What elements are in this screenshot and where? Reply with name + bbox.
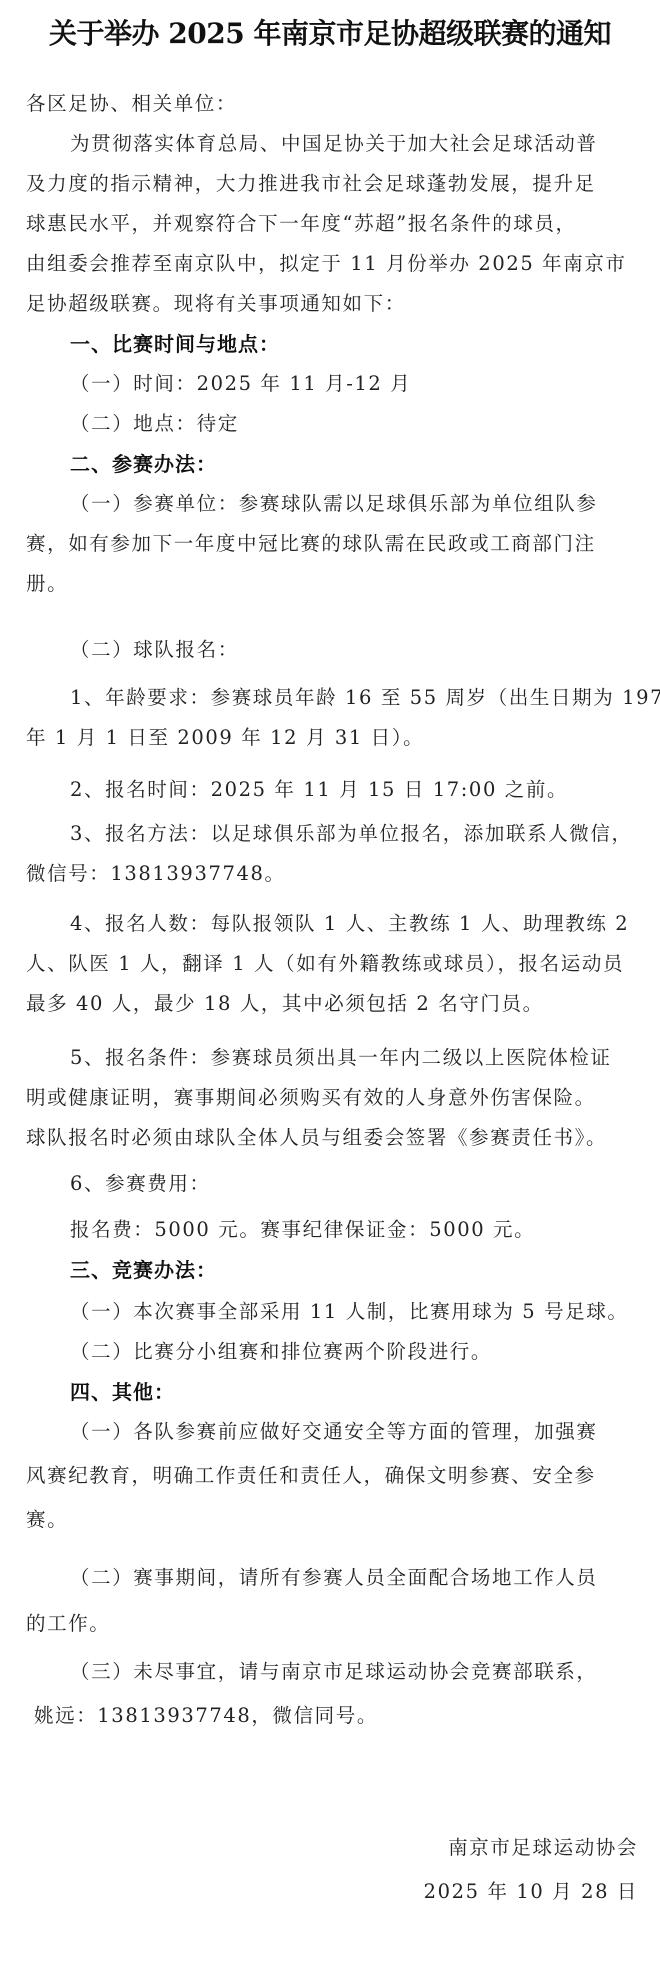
headcount-line-2: 人、队医 1 人，翻译 1 人（如有外籍教练或球员），报名运动员 <box>26 952 624 976</box>
signature-organization: 南京市足球运动协会 <box>448 1836 638 1860</box>
registration-method-line-2: 微信号：13813937748。 <box>26 862 286 886</box>
intro-line-3: 球惠民水平，并观察符合下一年度“苏超”报名条件的球员， <box>26 212 577 236</box>
salutation: 各区足协、相关单位： <box>26 92 237 116</box>
registration-method-line-1: 3、报名方法：以足球俱乐部为单位报名，添加联系人微信， <box>70 822 633 846</box>
headcount-line-3: 最多 40 人，最少 18 人，其中必须包括 2 名守门员。 <box>26 992 544 1016</box>
age-requirement-line-2: 年 1 月 1 日至 2009 年 12 月 31 日）。 <box>26 726 424 750</box>
intro-line-1: 为贯彻落实体育总局、中国足协关于加大社会足球活动普 <box>70 132 598 156</box>
signature-date: 2025 年 10 月 28 日 <box>424 1880 638 1904</box>
participating-unit-line-3: 册。 <box>26 572 68 596</box>
conditions-line-1: 5、报名条件：参赛球员须出具一年内二级以上医院体检证 <box>70 1046 612 1070</box>
section-4-item-3-line-1: （三）未尽事宜，请与南京市足球运动协会竞赛部联系， <box>70 1660 598 1684</box>
section-4-item-3-line-2: 姚远：13813937748，微信同号。 <box>34 1704 378 1728</box>
conditions-line-2: 明或健康证明，赛事期间必须购买有效的人身意外伤害保险。 <box>26 1086 596 1110</box>
section-4-item-2-line-2: 的工作。 <box>26 1612 110 1636</box>
age-requirement-line-1: 1、年龄要求：参赛球员年龄 16 至 55 周岁（出生日期为 1970 <box>70 686 660 710</box>
notice-document: 关于举办 2025 年南京市足协超级联赛的通知 各区足协、相关单位： 为贯彻落实… <box>0 0 660 1980</box>
section-2-heading: 二、参赛办法： <box>70 452 217 476</box>
section-3-item-2: （二）比赛分小组赛和排位赛两个阶段进行。 <box>70 1340 492 1364</box>
section-4-heading: 四、其他： <box>70 1380 175 1404</box>
intro-line-4: 由组委会推荐至南京队中，拟定于 11 月份举办 2025 年南京市 <box>26 252 627 276</box>
section-1-place: （二）地点：待定 <box>70 412 239 436</box>
fees-heading: 6、参赛费用： <box>70 1172 211 1196</box>
section-3-item-1: （一）本次赛事全部采用 11 人制，比赛用球为 5 号足球。 <box>70 1300 629 1324</box>
section-4-item-1-line-1: （一）各队参赛前应做好交通安全等方面的管理，加强赛 <box>70 1420 598 1444</box>
fees-detail: 报名费：5000 元。赛事纪律保证金：5000 元。 <box>70 1218 535 1242</box>
intro-line-5: 足协超级联赛。现将有关事项通知如下： <box>26 292 406 316</box>
participating-unit-line-1: （一）参赛单位：参赛球队需以足球俱乐部为单位组队参 <box>70 492 598 516</box>
section-1-heading: 一、比赛时间与地点： <box>70 332 280 356</box>
section-3-heading: 三、竞赛办法： <box>70 1258 217 1282</box>
participating-unit-line-2: 赛，如有参加下一年度中冠比赛的球队需在民政或工商部门注 <box>26 532 596 556</box>
document-title: 关于举办 2025 年南京市足协超级联赛的通知 <box>0 12 660 52</box>
intro-line-2: 及力度的指示精神，大力推进我市社会足球蓬勃发展，提升足 <box>26 172 596 196</box>
section-4-item-1-line-3: 赛。 <box>26 1508 68 1532</box>
section-4-item-2-line-1: （二）赛事期间，请所有参赛人员全面配合场地工作人员 <box>70 1566 598 1590</box>
section-1-time: （一）时间：2025 年 11 月-12 月 <box>70 372 411 396</box>
section-4-item-1-line-2: 风赛纪教育，明确工作责任和责任人，确保文明参赛、安全参 <box>26 1464 596 1488</box>
team-registration-heading: （二）球队报名： <box>70 638 239 662</box>
conditions-line-3: 球队报名时必须由球队全体人员与组委会签署《参赛责任书》。 <box>26 1126 607 1150</box>
headcount-line-1: 4、报名人数：每队报领队 1 人、主教练 1 人、助理教练 2 <box>70 912 629 936</box>
registration-deadline: 2、报名时间：2025 年 11 月 15 日 17:00 之前。 <box>70 778 568 802</box>
